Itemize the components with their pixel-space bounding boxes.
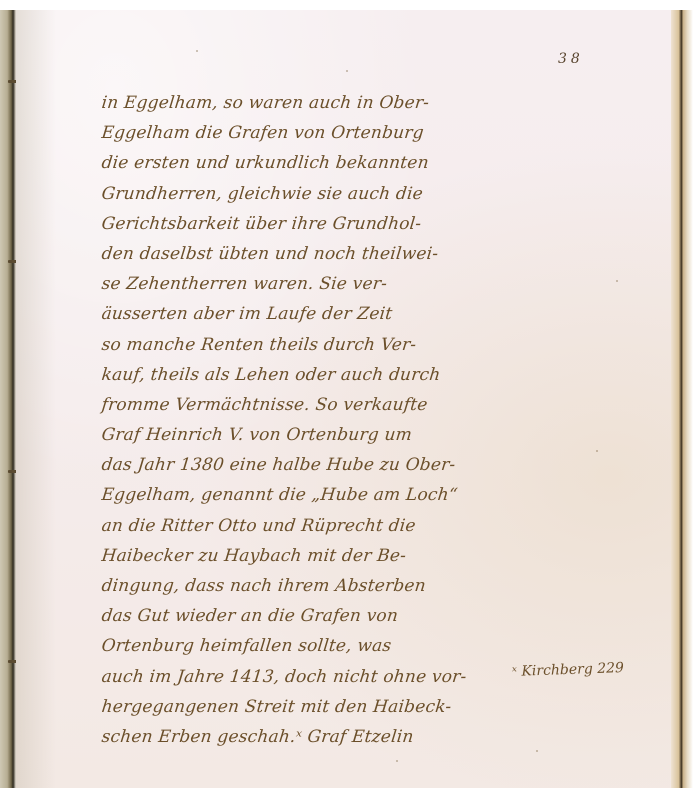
text-line: Grundherren, gleichwie sie auch die (100, 179, 583, 209)
text-line: die ersten und urkundlich bekannten (100, 148, 583, 178)
text-line: hergegangenen Streit mit den Haibeck- (100, 692, 583, 722)
text-line: das Gut wieder an die Grafen von (100, 601, 583, 631)
book-binding (0, 10, 16, 788)
paper-speck (196, 50, 198, 52)
page-number: 38 (558, 51, 584, 67)
page-edge (671, 10, 693, 788)
paper-speck (616, 280, 618, 282)
text-line: kauf, theils als Lehen oder auch durch (100, 360, 583, 390)
text-line: Eggelham, genannt die „Hube am Loch“ (100, 480, 583, 510)
text-line: das Jahr 1380 eine halbe Hube zu Ober- (100, 450, 583, 480)
text-line: äusserten aber im Laufe der Zeit (100, 299, 583, 329)
text-line: Eggelham die Grafen von Ortenburg (100, 118, 583, 148)
text-line: dingung, dass nach ihrem Absterben (100, 571, 583, 601)
text-line: in Eggelham, so waren auch in Ober- (100, 88, 583, 118)
text-line: Gerichtsbarkeit über ihre Grundhol- (100, 209, 583, 239)
text-line: fromme Vermächtnisse. So verkaufte (100, 390, 583, 420)
text-line: so manche Renten theils durch Ver- (100, 330, 583, 360)
paper-speck (596, 450, 598, 452)
gutter-shadow (16, 10, 56, 788)
text-line: Ortenburg heimfallen sollte, was (100, 631, 583, 661)
text-line: an die Ritter Otto und Rüprecht die (100, 511, 583, 541)
paper-speck (396, 760, 398, 762)
text-line: auch im Jahre 1413, doch nicht ohne vor- (100, 662, 583, 692)
text-line: Graf Heinrich V. von Ortenburg um (100, 420, 583, 450)
text-line: schen Erben geschah.ˣ Graf Etzelin (100, 722, 583, 752)
paper-speck (346, 70, 348, 72)
text-line: den daselbst übten und noch theilwei- (100, 239, 583, 269)
manuscript-text: in Eggelham, so waren auch in Ober- Egge… (100, 88, 580, 752)
text-line: se Zehentherren waren. Sie ver- (100, 269, 583, 299)
text-line: Haibecker zu Haybach mit der Be- (100, 541, 583, 571)
